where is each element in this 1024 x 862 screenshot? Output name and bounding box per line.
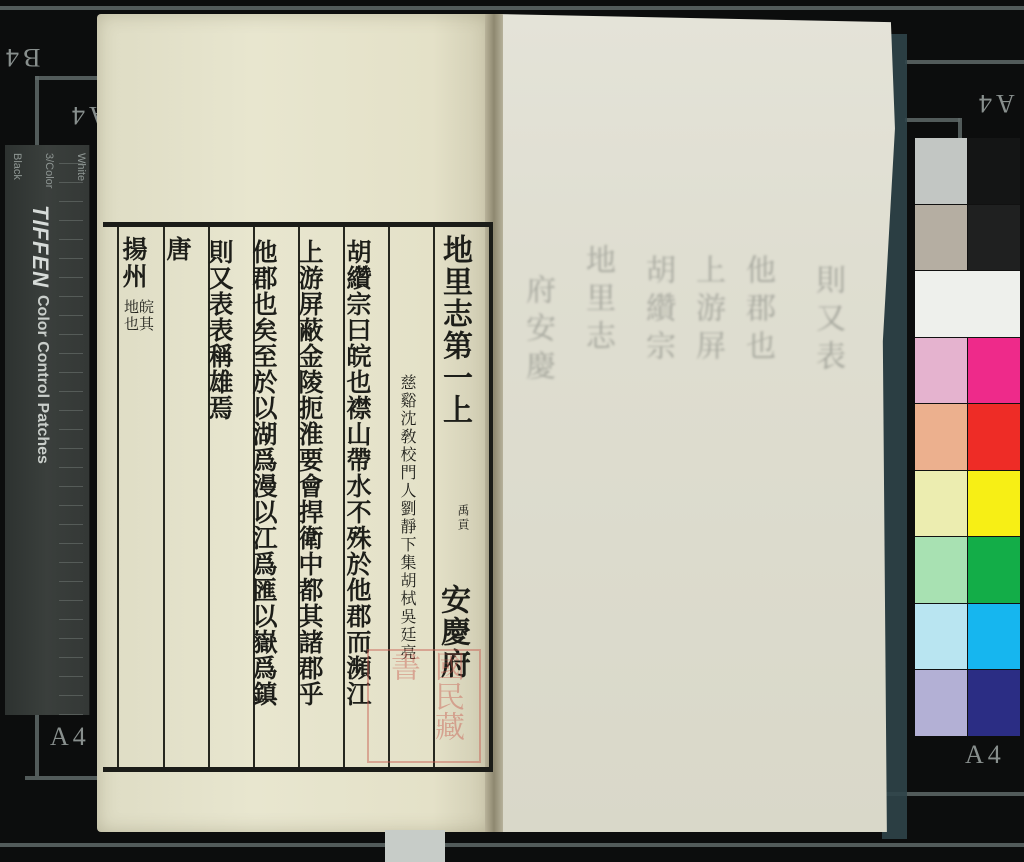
color-patch-chart xyxy=(915,138,1020,736)
column-rule xyxy=(163,227,166,767)
paper-tab xyxy=(385,830,445,862)
template-line xyxy=(905,60,1024,64)
template-label-b4: B4 xyxy=(2,42,40,72)
patch-light-gray xyxy=(915,138,967,204)
template-line xyxy=(0,6,1024,10)
patch-magenta xyxy=(968,338,1020,404)
template-line xyxy=(25,776,100,780)
text-column: 上游屏蔽金陵扼淮要會捍衛中都其諸郡乎 xyxy=(297,239,322,707)
patch-white xyxy=(915,271,1020,337)
text-column: 胡纘宗曰皖也襟山帶水不殊於他郡而瀕江 xyxy=(345,239,370,707)
tiffen-title: Color Control Patches xyxy=(33,295,51,464)
template-line xyxy=(0,843,1024,847)
ruler-scale xyxy=(59,145,83,715)
template-label-a4: A4 xyxy=(50,722,90,752)
right-page: 府安慶 地里志 胡纘宗 上游屏 他郡也 則又表 xyxy=(495,14,899,832)
patch-black xyxy=(968,138,1020,204)
template-line xyxy=(958,118,962,140)
bleed-through-text: 地里志 xyxy=(575,244,619,358)
patch-peach xyxy=(915,404,967,470)
compiler-line: 慈谿沈敎校門人劉靜下集胡栻吳廷亮 xyxy=(399,374,415,662)
patch-navy xyxy=(968,670,1020,736)
annotation: 皖其地也 xyxy=(117,299,153,339)
template-label-a4: A4 xyxy=(975,88,1015,118)
patch-dark-gray xyxy=(968,205,1020,271)
patch-lavender xyxy=(915,670,967,736)
bleed-through-text: 上游屏 xyxy=(685,254,729,368)
patch-cyan xyxy=(968,604,1020,670)
text-column: 則又表表稱雄焉 xyxy=(207,239,232,421)
color-name: White xyxy=(75,153,87,196)
bleed-through-text: 他郡也 xyxy=(735,254,779,368)
color-name: Black xyxy=(11,153,23,196)
patch-yellow xyxy=(968,471,1020,537)
bleed-through-text: 則又表 xyxy=(805,264,849,378)
dynasty-heading: 唐 xyxy=(165,236,190,263)
patch-warm-gray xyxy=(915,205,967,271)
patch-pale-yellow xyxy=(915,471,967,537)
patch-light-cyan xyxy=(915,604,967,670)
prefecture-heading: 揚州 xyxy=(121,236,146,290)
template-line xyxy=(35,76,99,80)
bleed-through-text: 胡纘宗 xyxy=(635,254,679,368)
patch-light-pink xyxy=(915,338,967,404)
patch-red xyxy=(968,404,1020,470)
open-book: 府安慶 地里志 胡纘宗 上游屏 他郡也 則又表 地里志第一上 慈谿沈敎校門人劉靜… xyxy=(97,14,897,832)
collector-seal: 國民藏書 xyxy=(367,649,481,763)
place-note: 禹貢 xyxy=(457,504,469,532)
chapter-title: 地里志第一上 xyxy=(439,234,469,426)
color-name: 3/Color xyxy=(43,153,55,196)
patch-green xyxy=(968,537,1020,603)
tiffen-logo: TIFFEN xyxy=(27,205,53,288)
bleed-through-text: 府安慶 xyxy=(515,274,559,388)
text-column: 他郡也矣至於以湖爲漫以江爲匯以嶽爲鎮 xyxy=(251,239,276,707)
patch-light-green xyxy=(915,537,967,603)
template-label-a4: A4 xyxy=(965,740,1005,770)
tiffen-color-strip: Blue Cyan Green Yellow Red Magenta White… xyxy=(5,145,90,715)
template-line xyxy=(905,118,960,122)
